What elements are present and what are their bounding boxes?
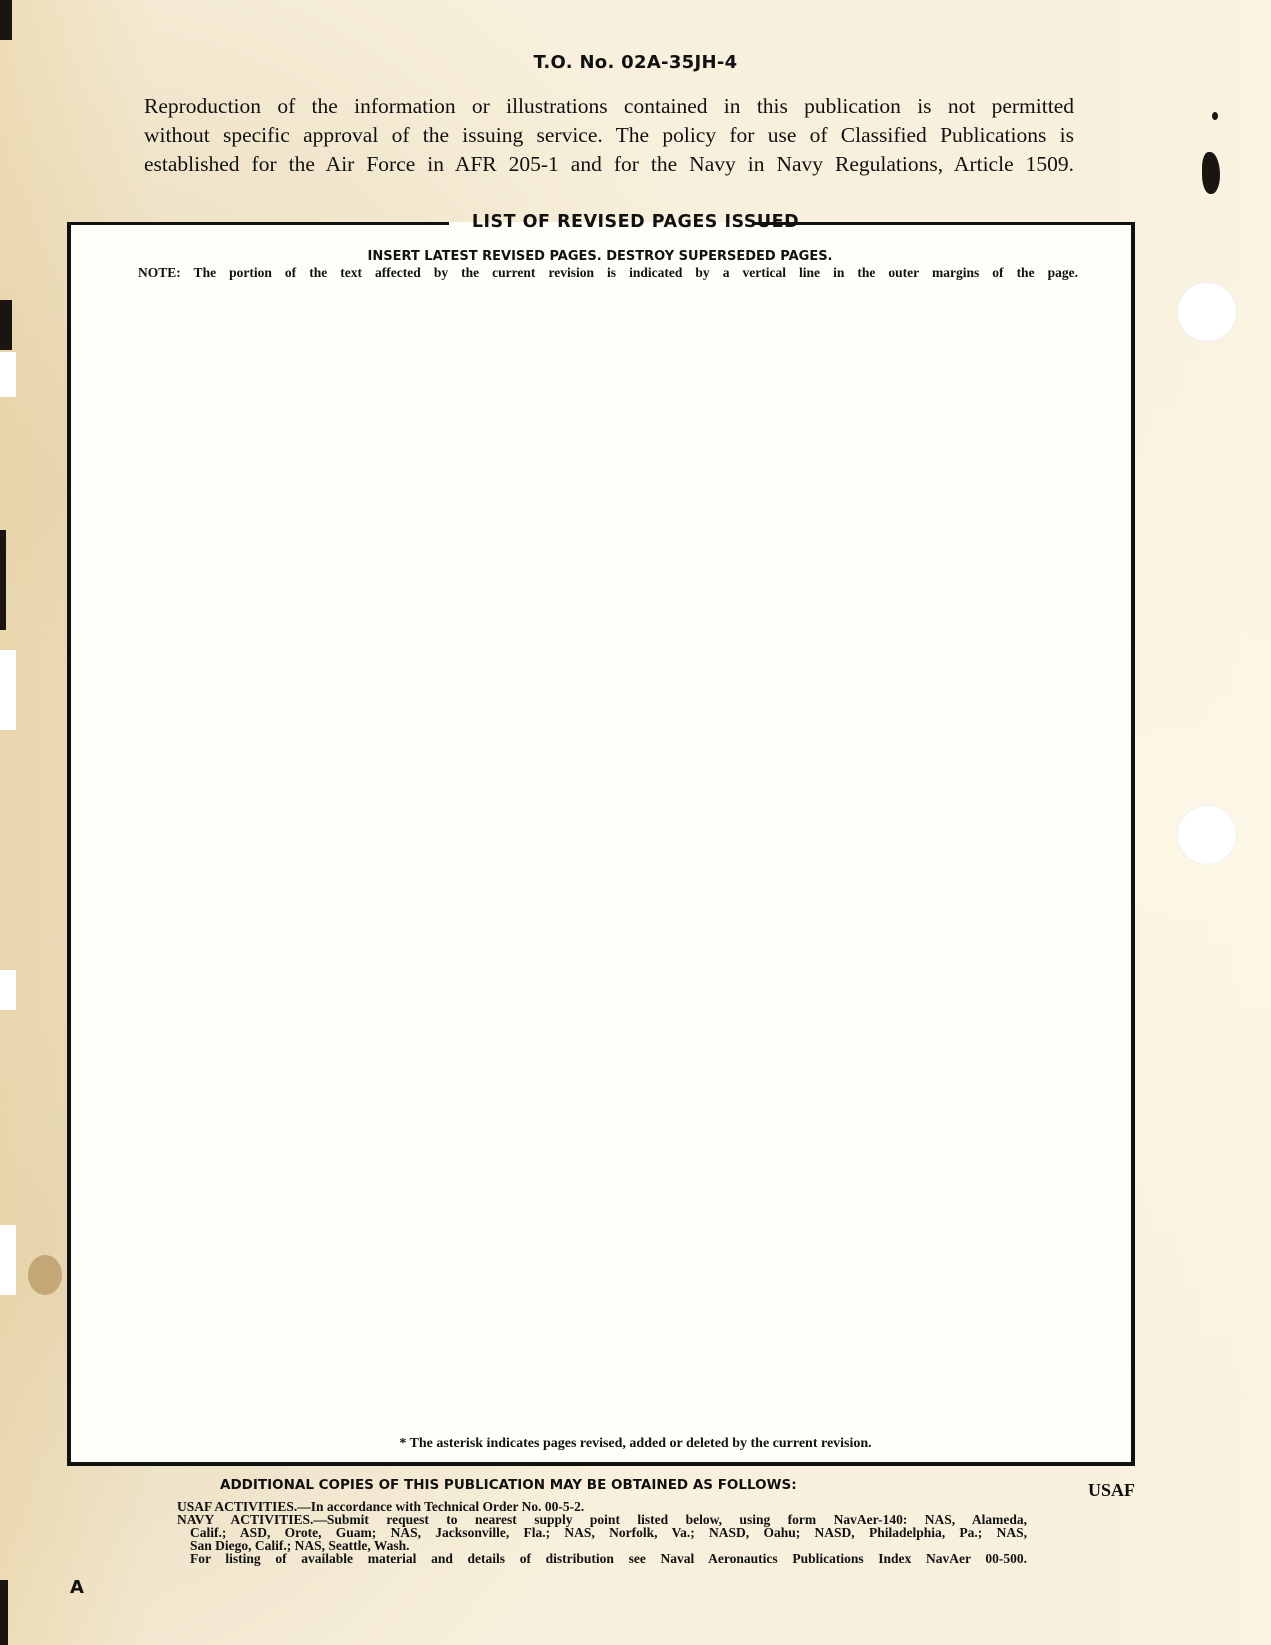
edge-tear — [0, 970, 16, 1010]
reproduction-notice-line: Reproduction of the information or illus… — [144, 92, 1074, 121]
reproduction-notice-line: established for the Air Force in AFR 205… — [144, 150, 1074, 179]
technical-order-number: T.O. No. 02A-35JH-4 — [0, 52, 1271, 73]
revised-pages-instruction: INSERT LATEST REVISED PAGES. DESTROY SUP… — [0, 249, 1200, 264]
edge-tear — [0, 650, 16, 730]
reproduction-notice: Reproduction of the information or illus… — [144, 92, 1074, 179]
punch-hole — [1177, 805, 1237, 865]
page-letter: A — [70, 1577, 84, 1598]
edge-tear — [0, 0, 12, 40]
distribution-activities: USAF ACTIVITIES.—In accordance with Tech… — [177, 1500, 1027, 1565]
revised-pages-box — [67, 222, 1135, 1466]
ink-mark — [1202, 152, 1220, 194]
revision-note: NOTE: The portion of the text affected b… — [138, 265, 1078, 281]
edge-tear — [0, 1225, 16, 1295]
service-tag: USAF — [1088, 1480, 1135, 1501]
edge-tear — [0, 352, 16, 397]
asterisk-note: * The asterisk indicates pages revised, … — [0, 1436, 1271, 1452]
revised-pages-title: LIST OF REVISED PAGES ISSUED — [0, 212, 1271, 232]
edge-tear — [0, 530, 6, 630]
edge-tear — [0, 300, 12, 350]
punch-hole — [1177, 282, 1237, 342]
edge-tear — [0, 1580, 8, 1645]
listing-note: For listing of available material and de… — [177, 1552, 1027, 1565]
additional-copies-heading: ADDITIONAL COPIES OF THIS PUBLICATION MA… — [220, 1477, 797, 1493]
stain — [28, 1255, 62, 1295]
ink-mark — [1212, 112, 1218, 120]
reproduction-notice-line: without specific approval of the issuing… — [144, 121, 1074, 150]
